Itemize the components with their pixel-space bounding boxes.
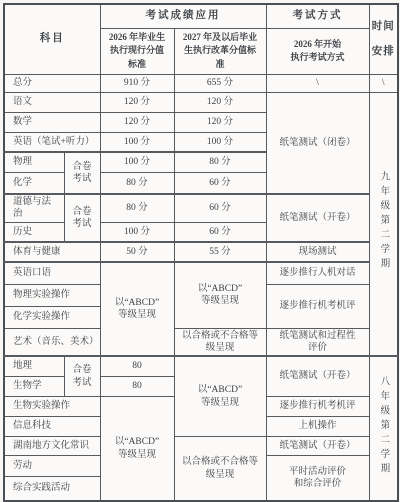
cell-2027-chemistry: 60 分 xyxy=(174,172,266,194)
cell-time-grade8: 八年级第二学期 xyxy=(369,356,398,501)
cell-method-paper-closed: 纸笔测试（闭卷） xyxy=(266,92,369,194)
cell-2026-physics: 100 分 xyxy=(100,152,174,172)
cell-subject-art: 艺术（音乐、美术） xyxy=(4,328,100,356)
cell-2026-total: 910 分 xyxy=(100,74,174,92)
cell-subject-oral: 英语口语 xyxy=(4,262,100,284)
cell-method-activity-eval: 平时活动评价 和综合评价 xyxy=(266,455,369,501)
cell-subject-chinese: 语文 xyxy=(4,92,100,112)
cell-subject-bio-lab: 生物实验操作 xyxy=(4,396,100,416)
cell-2026-chinese: 120 分 xyxy=(100,92,174,112)
cell-method-paper-open-culture: 纸笔测试（开卷） xyxy=(266,436,369,455)
cell-method-total: \ xyxy=(266,74,369,92)
cell-subject-total: 总分 xyxy=(4,74,100,92)
cell-method-onsite: 现场测试 xyxy=(266,242,369,262)
cell-2026-biology: 80 xyxy=(100,376,174,396)
grade9-term2-label: 九年级第二学期 xyxy=(377,171,389,273)
cell-subject-practice: 综合实践活动 xyxy=(4,476,100,501)
cell-2027-history: 60 分 xyxy=(174,222,266,242)
header-2026-standard: 2026 年毕业生 执行现行分值 标准 xyxy=(100,28,174,74)
cell-subject-chem-lab: 化学实验操作 xyxy=(4,306,100,328)
cell-subject-chemistry: 化学 xyxy=(4,172,64,194)
header-method-2026: 2026 年开始 执行考试方式 xyxy=(266,28,369,74)
cell-2026-math: 120 分 xyxy=(100,112,174,132)
cell-2027-morality: 60 分 xyxy=(174,194,266,222)
cell-2027-pe: 55 分 xyxy=(174,242,266,262)
cell-method-machine-upper: 逐步推行机考机评 xyxy=(266,284,369,328)
cell-2026-abcd-lower: 以“ABCD” 等级呈现 xyxy=(100,396,174,501)
cell-subject-labor: 劳动 xyxy=(4,455,100,476)
cell-2026-pe: 50 分 xyxy=(100,242,174,262)
header-exam-method: 考试方式 xyxy=(266,4,369,28)
cell-method-paper-open-geo: 纸笔测试（开卷） xyxy=(266,356,369,396)
header-time-arrangement: 时间 安排 xyxy=(369,4,398,74)
cell-subject-math: 数学 xyxy=(4,112,100,132)
cell-2027-abcd-upper: 以“ABCD” 等级呈现 xyxy=(174,262,266,328)
cell-2027-physics: 80 分 xyxy=(174,152,266,172)
cell-2026-geography: 80 xyxy=(100,356,174,376)
cell-subject-geography: 地理 xyxy=(4,356,64,376)
cell-subject-physics: 物理 xyxy=(4,152,64,172)
cell-joint-exam-phys-chem: 合卷 考试 xyxy=(64,152,100,194)
cell-joint-exam-geo-bio: 合卷 考试 xyxy=(64,356,100,396)
cell-2027-total: 655 分 xyxy=(174,74,266,92)
cell-2027-pass-fail-art: 以合格或不合格等 级呈现 xyxy=(174,328,266,356)
header-2027-standard: 2027 年及以后毕业 生执行改革分值标 准 xyxy=(174,28,266,74)
cell-subject-biology: 生物学 xyxy=(4,376,64,396)
cell-2026-morality: 80 分 xyxy=(100,194,174,222)
cell-method-art: 纸笔测试和过程性 评价 xyxy=(266,328,369,356)
cell-2026-history: 100 分 xyxy=(100,222,174,242)
cell-joint-exam-moral-history: 合卷 考试 xyxy=(64,194,100,242)
exam-score-table: 科目 考试成绩应用 考试方式 时间 安排 2026 年毕业生 执行现行分值 标准… xyxy=(3,3,399,502)
cell-2026-chemistry: 80 分 xyxy=(100,172,174,194)
cell-time-total: \ xyxy=(369,74,398,92)
cell-2027-chinese: 120 分 xyxy=(174,92,266,112)
cell-subject-culture: 湖南地方文化常识 xyxy=(4,436,100,455)
scanned-document-page: 科目 考试成绩应用 考试方式 时间 安排 2026 年毕业生 执行现行分值 标准… xyxy=(0,0,400,499)
cell-method-computer-op: 上机操作 xyxy=(266,416,369,436)
cell-2027-abcd-lower: 以“ABCD” 等级呈现 xyxy=(174,356,266,436)
cell-2027-math: 120 分 xyxy=(174,112,266,132)
cell-time-grade9: 九年级第二学期 xyxy=(369,92,398,356)
cell-method-oral: 逐步推行人机对话 xyxy=(266,262,369,284)
cell-2027-english: 100 分 xyxy=(174,132,266,152)
cell-2027-pass-fail-lower: 以合格或不合格等 级呈现 xyxy=(174,436,266,501)
grade8-term2-label: 八年级第二学期 xyxy=(377,376,389,478)
cell-subject-morality: 道德与法 治 xyxy=(4,194,64,222)
cell-method-machine-bio: 逐步推行机考机评 xyxy=(266,396,369,416)
cell-method-paper-open-moral: 纸笔测试（开卷） xyxy=(266,194,369,242)
cell-2026-abcd-upper: 以“ABCD” 等级呈现 xyxy=(100,262,174,356)
header-subject: 科目 xyxy=(4,4,100,74)
cell-subject-history: 历史 xyxy=(4,222,64,242)
cell-subject-english: 英语（笔试+听力） xyxy=(4,132,100,152)
cell-2026-english: 100 分 xyxy=(100,132,174,152)
header-score-application: 考试成绩应用 xyxy=(100,4,266,28)
cell-subject-physics-lab: 物理实验操作 xyxy=(4,284,100,306)
cell-subject-it: 信息科技 xyxy=(4,416,100,436)
cell-subject-pe: 体育与健康 xyxy=(4,242,100,262)
